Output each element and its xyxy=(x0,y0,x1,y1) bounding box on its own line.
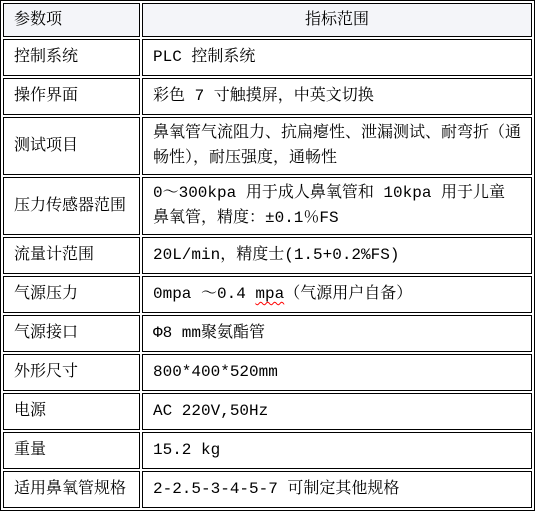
param-cell: 气源压力 xyxy=(3,276,140,313)
value-cell: PLC 控制系统 xyxy=(142,39,532,76)
table-header-row: 参数项 指标范围 xyxy=(3,3,532,37)
table-row: 测试项目 鼻氧管气流阻力、抗扁瘪性、泄漏测试、耐弯折（通畅性），耐压强度，通畅性 xyxy=(3,117,532,175)
table-row: 流量计范围 20L/min，精度士(1.5+0.2%FS) xyxy=(3,237,532,274)
misspelled-word: mpa xyxy=(255,285,284,303)
value-cell: 彩色 7 寸触摸屏，中英文切换 xyxy=(142,78,532,115)
param-cell: 测试项目 xyxy=(3,117,140,175)
param-cell: 气源接口 xyxy=(3,315,140,352)
param-cell: 压力传感器范围 xyxy=(3,177,140,235)
value-cell: Φ8 mm聚氨酯管 xyxy=(142,315,532,352)
param-cell: 控制系统 xyxy=(3,39,140,76)
column-header-param: 参数项 xyxy=(3,3,140,37)
param-cell: 流量计范围 xyxy=(3,237,140,274)
table-row: 操作界面 彩色 7 寸触摸屏，中英文切换 xyxy=(3,78,532,115)
value-cell: AC 220V,50Hz xyxy=(142,393,532,430)
table-row: 控制系统 PLC 控制系统 xyxy=(3,39,532,76)
table-row: 电源 AC 220V,50Hz xyxy=(3,393,532,430)
param-cell: 适用鼻氧管规格 xyxy=(3,471,140,508)
value-text: 0mpa ～0.4 xyxy=(153,285,255,303)
table-row: 压力传感器范围 0～300kpa 用于成人鼻氧管和 10kpa 用于儿童鼻氧管，… xyxy=(3,177,532,235)
param-cell: 操作界面 xyxy=(3,78,140,115)
table-row: 外形尺寸 800*400*520mm xyxy=(3,354,532,391)
column-header-range: 指标范围 xyxy=(142,3,532,37)
spec-table: 参数项 指标范围 控制系统 PLC 控制系统 操作界面 彩色 7 寸触摸屏，中英… xyxy=(0,0,535,511)
param-cell: 电源 xyxy=(3,393,140,430)
param-cell: 重量 xyxy=(3,432,140,469)
table-row: 气源接口 Φ8 mm聚氨酯管 xyxy=(3,315,532,352)
value-cell: 0mpa ～0.4 mpa（气源用户自备） xyxy=(142,276,532,313)
value-cell: 鼻氧管气流阻力、抗扁瘪性、泄漏测试、耐弯折（通畅性），耐压强度，通畅性 xyxy=(142,117,532,175)
param-cell: 外形尺寸 xyxy=(3,354,140,391)
value-cell: 15.2 kg xyxy=(142,432,532,469)
table-row: 气源压力 0mpa ～0.4 mpa（气源用户自备） xyxy=(3,276,532,313)
value-cell: 20L/min，精度士(1.5+0.2%FS) xyxy=(142,237,532,274)
table-row: 适用鼻氧管规格 2-2.5-3-4-5-7 可制定其他规格 xyxy=(3,471,532,508)
value-cell: 800*400*520mm xyxy=(142,354,532,391)
value-text: （气源用户自备） xyxy=(284,285,412,303)
value-cell: 2-2.5-3-4-5-7 可制定其他规格 xyxy=(142,471,532,508)
value-cell: 0～300kpa 用于成人鼻氧管和 10kpa 用于儿童鼻氧管，精度：±0.1％… xyxy=(142,177,532,235)
table-row: 重量 15.2 kg xyxy=(3,432,532,469)
